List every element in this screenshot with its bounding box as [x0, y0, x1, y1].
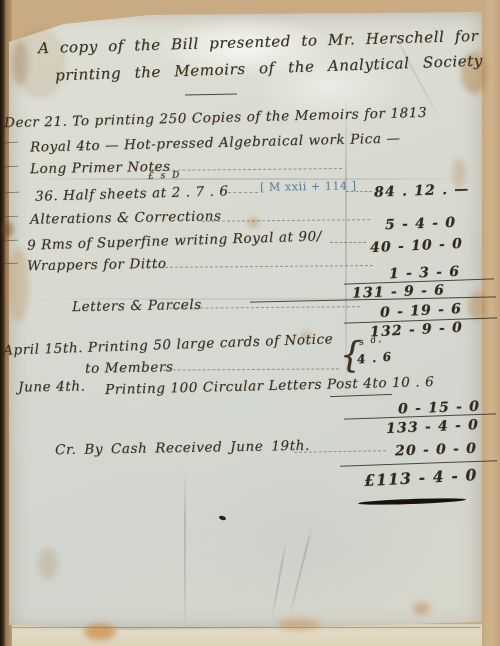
- amount-alterations: 5 - 4 - 0: [385, 215, 457, 233]
- collation-annotation: [ M xxii + 114 ]: [260, 179, 357, 194]
- entry-alterations: Alterations & Corrections: [30, 208, 222, 227]
- page-bottom-edge: [12, 627, 480, 628]
- entry-april-cards-line2: to Members: [85, 359, 174, 377]
- amount-half-sheets: 84 . 12 . —: [374, 181, 470, 200]
- album-backing-right-margin: [482, 0, 500, 646]
- scanned-bill-photo: A copy of the Bill presented to Mr. Hers…: [0, 0, 500, 646]
- leader-dashes: [330, 242, 366, 243]
- amount-cash-received: 20 - 0 - 0: [395, 441, 478, 460]
- leader-dashes: [228, 192, 258, 193]
- currency-column-header: £ s D: [148, 170, 182, 181]
- entry-june-date: June 4th.: [18, 378, 86, 395]
- entry-wrappers: Wrappers for Ditto: [27, 256, 167, 274]
- leader-dashes: [346, 191, 372, 192]
- entry-letters-parcels: Letters & Parcels: [72, 297, 202, 315]
